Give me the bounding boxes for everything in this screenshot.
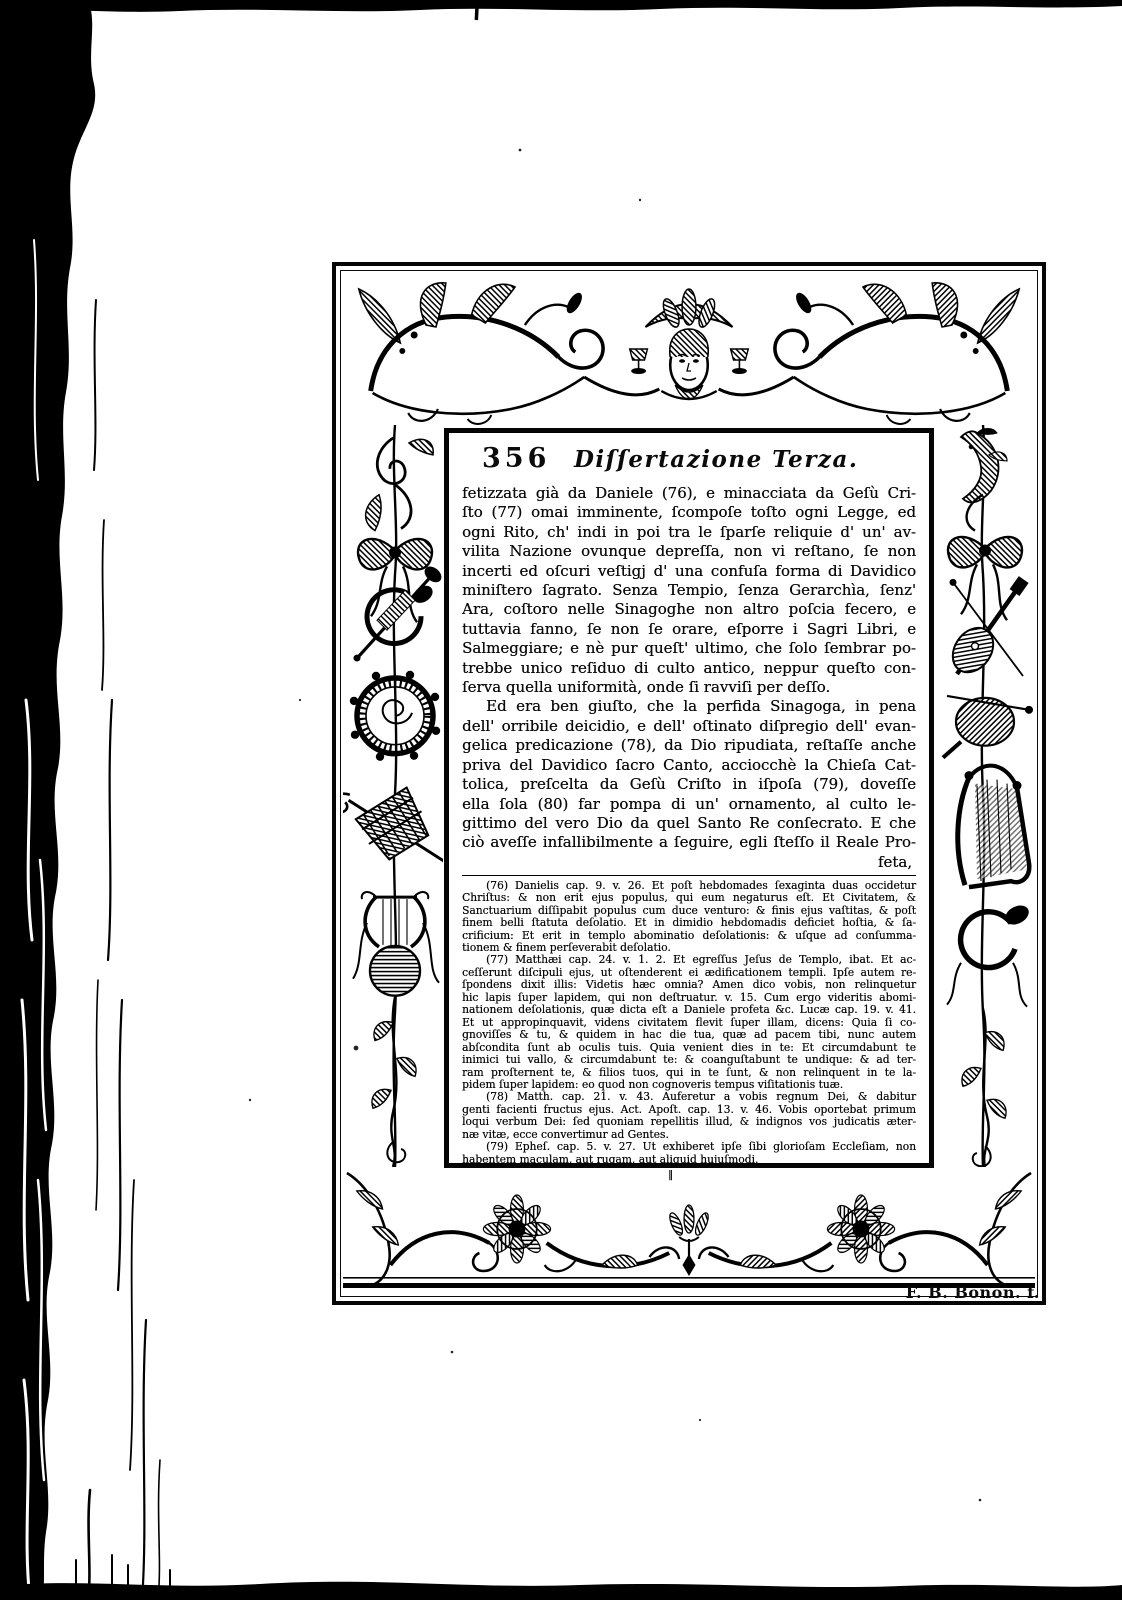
harp-icon [958, 766, 1030, 888]
footnote-line: (79) Epheſ. cap. 5. v. 27. Ut exhiberet … [462, 1141, 916, 1153]
left-border-musical-trophy [343, 425, 443, 1167]
body-paragraph: Ed era ben giuſto, che la perfida Sinago… [462, 697, 916, 852]
body-text-line: ſto (77) omai imminente, ſcompoſe toſto … [462, 503, 916, 522]
top-border-engraving [343, 273, 1035, 425]
running-head: 356 Diſſertazione Terza. [462, 443, 916, 474]
bottom-border-engraving [343, 1167, 1035, 1293]
rosette-icon [483, 1195, 550, 1263]
footnote-line: Chriſtus: & non erit ejus populus, qui e… [462, 892, 916, 904]
horn-and-trumpet-icon [354, 564, 443, 661]
body-text-line: Ed era ben giuſto, che la perfida Sinago… [462, 697, 916, 716]
body-text: fetizzata già da Daniele (76), e minacci… [462, 484, 916, 872]
page-number: 356 [482, 443, 550, 474]
mascaron-icon [630, 289, 749, 399]
body-text-line: gelica predicazione (78), da Dio ripudia… [462, 736, 916, 755]
body-text-line: vilita Nazione ovunque depreſſa, non vi … [462, 542, 916, 561]
footnote-separator-rule [462, 875, 916, 876]
footnotes: (76) Danielis cap. 9. v. 26. Et poſt heb… [462, 880, 916, 1164]
central-palmette-icon [667, 1205, 710, 1275]
body-text-line: fetizzata già da Daniele (76), e minacci… [462, 484, 916, 503]
body-text-line: gittimo del vero Dio da quel Santo Re co… [462, 814, 916, 833]
hunting-horn-icon [947, 902, 1031, 1006]
body-text-line: tolica, preſcelta da Geſù Criſto in iſpo… [462, 775, 916, 794]
footnote-78: (78) Matth. cap. 21. v. 43. Auferetur a … [462, 1091, 916, 1141]
body-text-line: tuttavia fanno, ſe non ſe orare, eſporre… [462, 620, 916, 639]
catchword: feta, [462, 853, 916, 872]
chapter-title: Diſſertazione Terza. [550, 446, 916, 473]
body-text-line: incerti ed oſcuri veſtigj d' una confuſa… [462, 562, 916, 581]
press-mark: ‖ [668, 1170, 674, 1181]
body-text-line: ella ſola (80) far pompa di un' ornament… [462, 795, 916, 814]
engraved-border-plate: 356 Diſſertazione Terza. fetizzata già d… [332, 262, 1046, 1305]
body-text-line: ciò aveſſe infallibilmente a ſeguire, eg… [462, 833, 916, 852]
footnote-line: loqui verbum Dei: ſed quoniam repellitis… [462, 1116, 916, 1128]
body-text-line: trebbe unico reſiduo di culto antico, ne… [462, 659, 916, 678]
footnote-79: (79) Epheſ. cap. 5. v. 27. Ut exhiberet … [462, 1141, 916, 1164]
foliage-scroll [366, 437, 434, 531]
body-text-line: miniſtero ſagrato. Senza Tempio, ſenza G… [462, 581, 916, 600]
book-page-scan: 356 Diſſertazione Terza. fetizzata già d… [0, 0, 1122, 1600]
body-text-line: priva del Davidico ſacro Canto, acciocch… [462, 756, 916, 775]
top-torn-edge [0, 0, 1122, 12]
lute-and-bow-icon [944, 577, 1027, 680]
bottom-torn-edge [0, 1582, 1122, 1600]
body-text-line: dell' orribile deicidio, e dell' oſtinat… [462, 717, 916, 736]
body-text-line: ſerva quella uniformità, onde ſi ravviſi… [462, 678, 916, 697]
footnote-line: nationem deſolationis, quæ dicta eſt a D… [462, 1004, 916, 1016]
engraver-signature: F. B. Bonon. f. [850, 1283, 1040, 1302]
round-lute-icon [943, 696, 1033, 758]
footnote-line: gnoviſſes & tu, & quidem in hac die tua,… [462, 1029, 916, 1041]
body-text-line: Salmeggiare; e nè pur queſt' ultimo, che… [462, 639, 916, 658]
tambourine-icon [350, 671, 440, 761]
footnote-line: finem belli ſtatuta deſolatio. Et in dim… [462, 917, 916, 929]
footnote-line: habentem maculam, aut rugam, aut aliquid… [462, 1154, 916, 1164]
body-text-line: Ara, coſtoro nelle Sinagoghe non altro p… [462, 600, 916, 619]
footnote-77: (77) Matthæi cap. 24. v. 1. 2. Et egreſſ… [462, 954, 916, 1091]
footnote-line: inimici tui vallo, & circumdabunt te: & … [462, 1054, 916, 1066]
dolphin-ornament-icon [961, 428, 1007, 530]
footnote-line: (78) Matth. cap. 21. v. 43. Auferetur a … [462, 1091, 916, 1103]
text-frame: 356 Diſſertazione Terza. fetizzata già d… [444, 428, 934, 1168]
footnote-line: ſpondens dixit illis: Videtis hæc omnia?… [462, 979, 916, 991]
footnote-76: (76) Danielis cap. 9. v. 26. Et poſt heb… [462, 880, 916, 955]
body-paragraph: fetizzata già da Daniele (76), e minacci… [462, 484, 916, 697]
body-text-line: ogni Rito, ch' indi in poi tra le ſparſe… [462, 523, 916, 542]
panpipes-icon [343, 762, 443, 906]
gutter-shadow [0, 0, 95, 1600]
right-border-musical-trophy [935, 425, 1035, 1167]
